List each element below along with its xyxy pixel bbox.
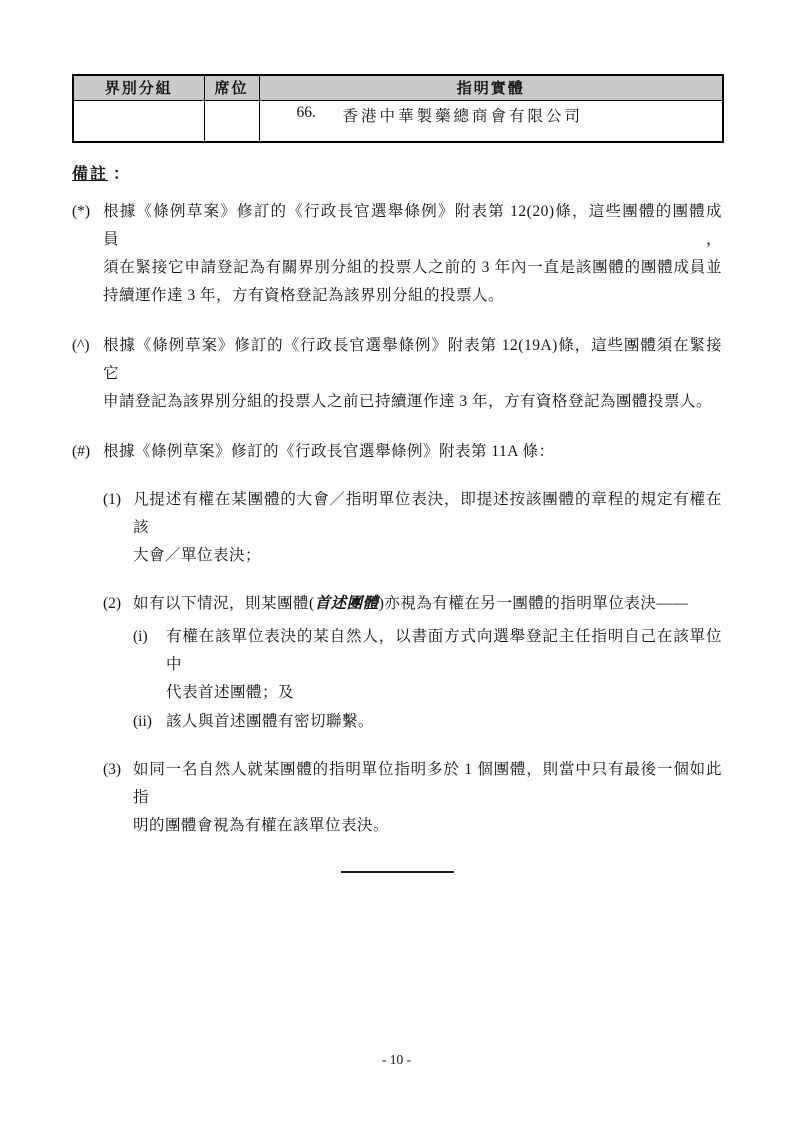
note-line: 如有以下情況，則某團體(首述團體)亦視為有權在另一團體的指明單位表決——	[133, 590, 722, 618]
note-marker: (3)	[103, 756, 133, 840]
note-item: (*)根據《條例草案》修訂的《行政長官選舉條例》附表第 12(20)條，這些團體…	[72, 198, 722, 310]
note-line: 須在緊接它申請登記為有關界別分組的投票人之前的 3 年內一直是該團體的團體成員並	[103, 254, 722, 282]
notes-list: (*)根據《條例草案》修訂的《行政長官選舉條例》附表第 12(20)條，這些團體…	[72, 198, 722, 840]
note-item: (2)如有以下情況，則某團體(首述團體)亦視為有權在另一團體的指明單位表決——	[103, 590, 722, 618]
note-item: (ii)該人與首述團體有密切聯繫。	[133, 708, 722, 736]
note-line: 根據《條例草案》修訂的《行政長官選舉條例》附表第 11A 條：	[103, 438, 722, 466]
note-body: 凡提述有權在某團體的大會／指明單位表決，即提述按該團體的章程的規定有權在該大會／…	[133, 486, 722, 570]
note-line: 有權在該單位表決的某自然人，以書面方式向選舉登記主任指明自己在該單位中	[166, 623, 722, 679]
note-marker: (*)	[72, 198, 103, 310]
table-cell-entity: 66. 香港中華製藥總商會有限公司	[259, 100, 723, 142]
text-segment: 如有以下情況，則某團體(	[133, 595, 315, 612]
text-segment: )亦視為有權在另一團體的指明單位表決——	[379, 595, 689, 612]
note-line: 凡提述有權在某團體的大會／指明單位表決，即提述按該團體的章程的規定有權在該	[133, 486, 722, 542]
entity-number: 66.	[297, 104, 343, 126]
note-body: 如同一名自然人就某團體的指明單位指明多於 1 個團體，則當中只有最後一個如此指明…	[133, 756, 722, 840]
sector-table: 界別分組 席位 指明實體 66. 香港中華製藥總商會有限公司	[72, 74, 724, 143]
table-header-sector: 界別分組	[73, 75, 204, 100]
note-line: 該人與首述團體有密切聯繫。	[166, 708, 722, 736]
note-item: (#)根據《條例草案》修訂的《行政長官選舉條例》附表第 11A 條：	[72, 438, 722, 466]
document-page: 界別分組 席位 指明實體 66. 香港中華製藥總商會有限公司	[0, 0, 793, 1122]
note-marker: (1)	[103, 486, 133, 570]
table-header-seats: 席位	[204, 75, 259, 100]
page-number: - 10 -	[0, 1052, 793, 1068]
note-line: 根據《條例草案》修訂的《行政長官選舉條例》附表第 12(19A)條，這些團體須在…	[103, 332, 722, 388]
note-line: 明的團體會視為有權在該單位表決。	[133, 812, 722, 840]
table-header-row: 界別分組 席位 指明實體	[73, 75, 723, 100]
entity-name: 香港中華製藥總商會有限公司	[343, 104, 584, 126]
note-line: 代表首述團體；及	[166, 679, 722, 707]
notes-heading-label: 備註	[72, 166, 108, 183]
notes-heading: 備註：	[72, 161, 722, 184]
note-line: 持續運作達 3 年，方有資格登記為該界別分組的投票人。	[103, 282, 722, 310]
note-item: (i)有權在該單位表決的某自然人，以書面方式向選舉登記主任指明自己在該單位中代表…	[133, 623, 722, 707]
note-item: (1)凡提述有權在某團體的大會／指明單位表決，即提述按該團體的章程的規定有權在該…	[103, 486, 722, 570]
note-body: 根據《條例草案》修訂的《行政長官選舉條例》附表第 12(20)條，這些團體的團體…	[103, 198, 722, 310]
closing-rule	[341, 871, 454, 873]
note-body: 根據《條例草案》修訂的《行政長官選舉條例》附表第 12(19A)條，這些團體須在…	[103, 332, 722, 416]
note-body: 有權在該單位表決的某自然人，以書面方式向選舉登記主任指明自己在該單位中代表首述團…	[166, 623, 722, 707]
note-marker: (2)	[103, 590, 133, 618]
note-body: 根據《條例草案》修訂的《行政長官選舉條例》附表第 11A 條：	[103, 438, 722, 466]
table-cell-sector	[73, 100, 204, 142]
note-body: 如有以下情況，則某團體(首述團體)亦視為有權在另一團體的指明單位表決——	[133, 590, 722, 618]
note-marker: (ii)	[133, 708, 166, 736]
entity-line: 66. 香港中華製藥總商會有限公司	[297, 104, 719, 126]
note-line: 大會／單位表決；	[133, 542, 722, 570]
note-marker: (^)	[72, 332, 103, 416]
table-row: 66. 香港中華製藥總商會有限公司	[73, 100, 723, 142]
note-body: 該人與首述團體有密切聯繫。	[166, 708, 722, 736]
table-header-entity: 指明實體	[259, 75, 723, 100]
note-line: 根據《條例草案》修訂的《行政長官選舉條例》附表第 12(20)條，這些團體的團體…	[103, 198, 722, 254]
note-line: 申請登記為該界別分組的投票人之前已持續運作達 3 年，方有資格登記為團體投票人。	[103, 388, 722, 416]
note-marker: (i)	[133, 623, 166, 707]
note-item: (3)如同一名自然人就某團體的指明單位指明多於 1 個團體，則當中只有最後一個如…	[103, 756, 722, 840]
emphasized-term: 首述團體	[315, 595, 379, 612]
note-item: (^)根據《條例草案》修訂的《行政長官選舉條例》附表第 12(19A)條，這些團…	[72, 332, 722, 416]
notes-heading-colon: ：	[113, 166, 129, 183]
page-content: 界別分組 席位 指明實體 66. 香港中華製藥總商會有限公司	[0, 0, 793, 873]
note-line: 如同一名自然人就某團體的指明單位指明多於 1 個團體，則當中只有最後一個如此指	[133, 756, 722, 812]
note-marker: (#)	[72, 438, 103, 466]
table-cell-seats	[204, 100, 259, 142]
